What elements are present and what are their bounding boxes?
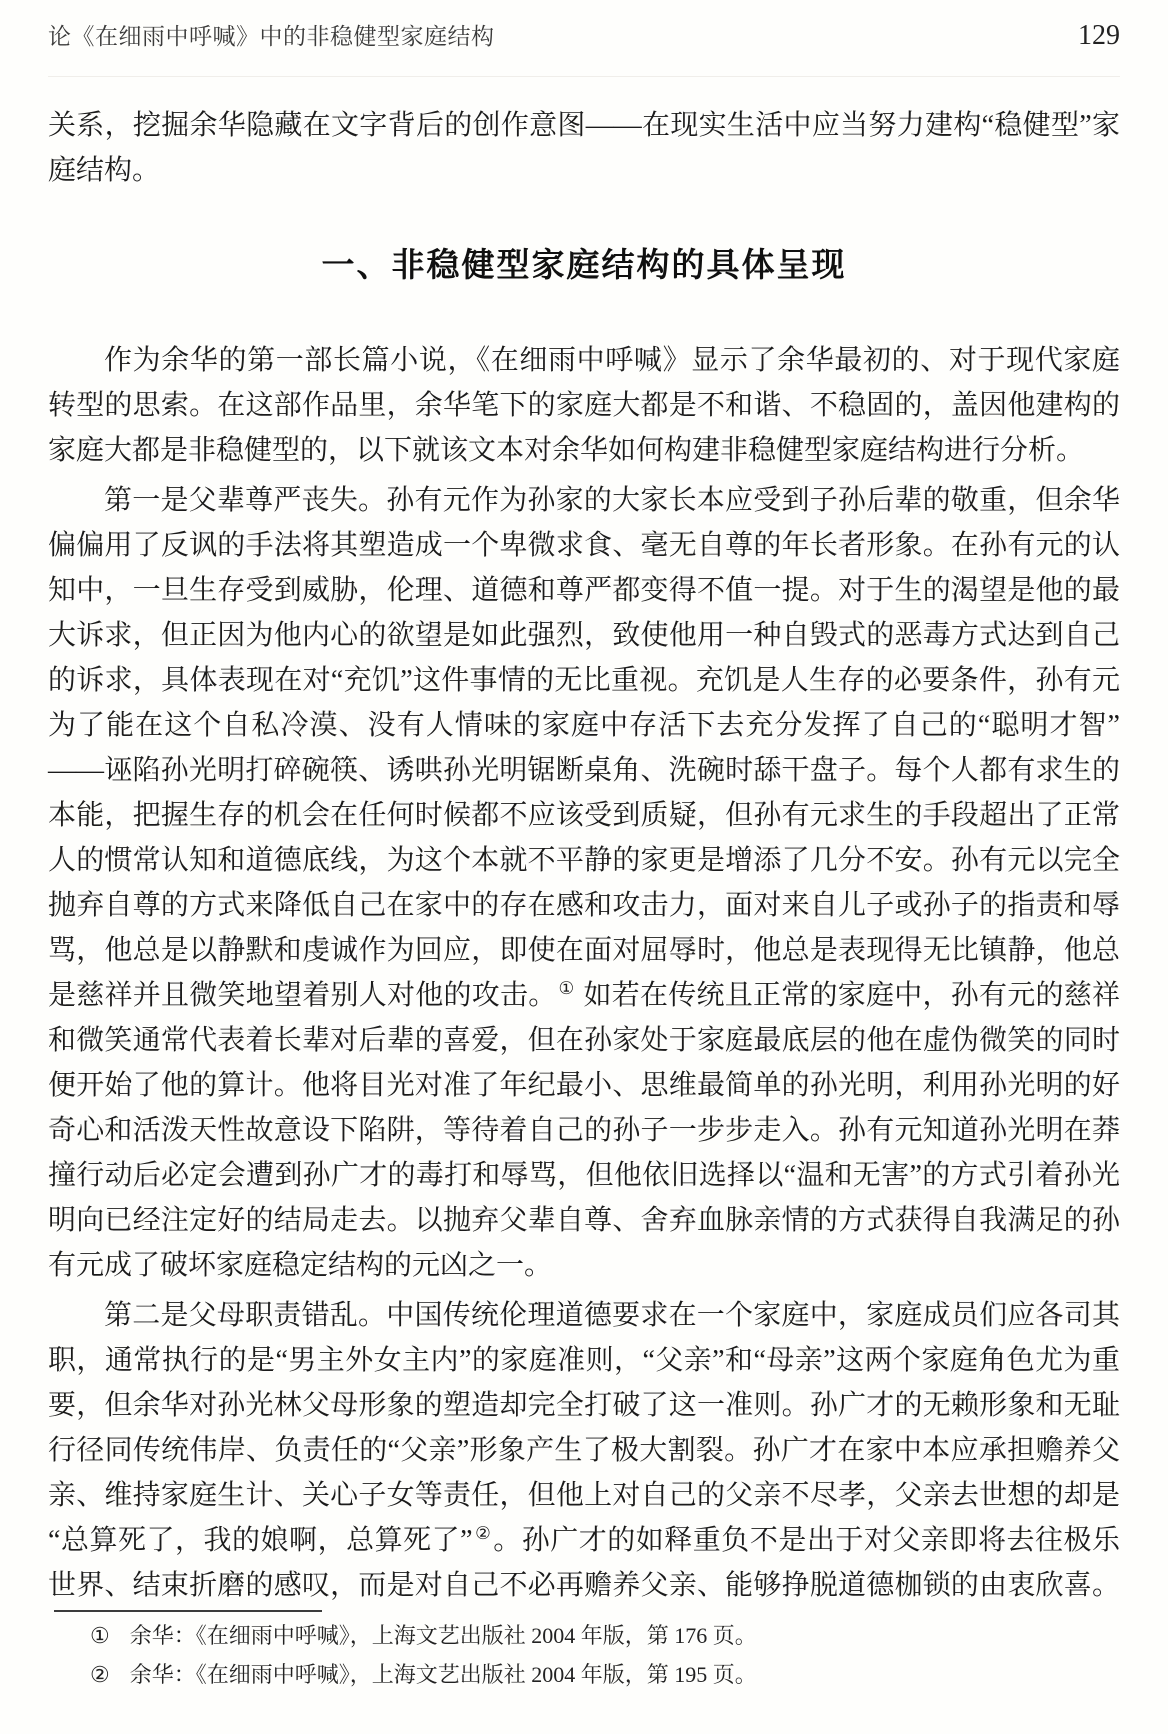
body-paragraph: 第二是父母职责错乱。中国传统伦理道德要求在一个家庭中，家庭成员们应各司其职，通常… bbox=[48, 1293, 1120, 1653]
paragraph-text: 第一是父辈尊严丧失。孙有元作为孙家的大家长本应受到子孙后辈的敬重，但余华偏偏用了… bbox=[48, 485, 1120, 1011]
document-page: 论《在细雨中呼喊》中的非稳健型家庭结构 129 关系，挖掘余华隐藏在文字背后的创… bbox=[0, 0, 1168, 1734]
section-heading: 一、非稳健型家庭结构的具体呈现 bbox=[48, 239, 1120, 286]
page-header: 论《在细雨中呼喊》中的非稳健型家庭结构 129 bbox=[48, 0, 1120, 77]
footnotes: ① 余华：《在细雨中呼喊》，上海文艺出版社 2004 年版，第 176 页。 ②… bbox=[48, 1610, 1120, 1690]
footnote-item: ① 余华：《在细雨中呼喊》，上海文艺出版社 2004 年版，第 176 页。 bbox=[48, 1621, 1120, 1651]
page-number: 129 bbox=[1078, 20, 1120, 52]
footnote-reference: ① bbox=[556, 979, 576, 998]
paragraph-text: 如若在传统且正常的家庭中，孙有元的慈祥和微笑通常代表着长辈对后辈的喜爱，但在孙家… bbox=[48, 980, 1120, 1281]
section-paragraphs: 作为余华的第一部长篇小说，《在细雨中呼喊》显示了余华最初的、对于现代家庭转型的思… bbox=[48, 338, 1120, 1653]
footnote-item: ② 余华：《在细雨中呼喊》，上海文艺出版社 2004 年版，第 195 页。 bbox=[48, 1660, 1120, 1690]
paragraph-text: 第二是父母职责错乱。中国传统伦理道德要求在一个家庭中，家庭成员们应各司其职，通常… bbox=[48, 1300, 1120, 1556]
footnote-reference: ② bbox=[473, 1524, 494, 1543]
running-head: 论《在细雨中呼喊》中的非稳健型家庭结构 bbox=[48, 18, 495, 51]
intro-continuation-paragraph: 关系，挖掘余华隐藏在文字背后的创作意图——在现实生活中应当努力建构“稳健型”家庭… bbox=[48, 103, 1120, 193]
footnote-text: 余华：《在细雨中呼喊》，上海文艺出版社 2004 年版，第 176 页。 bbox=[130, 1621, 1120, 1651]
body-paragraph: 第一是父辈尊严丧失。孙有元作为孙家的大家长本应受到子孙后辈的敬重，但余华偏偏用了… bbox=[48, 478, 1120, 1288]
paragraph-text: 作为余华的第一部长篇小说，《在细雨中呼喊》显示了余华最初的、对于现代家庭转型的思… bbox=[48, 345, 1120, 466]
body-paragraph: 作为余华的第一部长篇小说，《在细雨中呼喊》显示了余华最初的、对于现代家庭转型的思… bbox=[48, 338, 1120, 473]
footnote-text: 余华：《在细雨中呼喊》，上海文艺出版社 2004 年版，第 195 页。 bbox=[130, 1660, 1120, 1690]
footnote-marker: ① bbox=[90, 1621, 110, 1651]
footnote-marker: ② bbox=[90, 1660, 110, 1690]
footnote-separator bbox=[54, 1610, 322, 1612]
